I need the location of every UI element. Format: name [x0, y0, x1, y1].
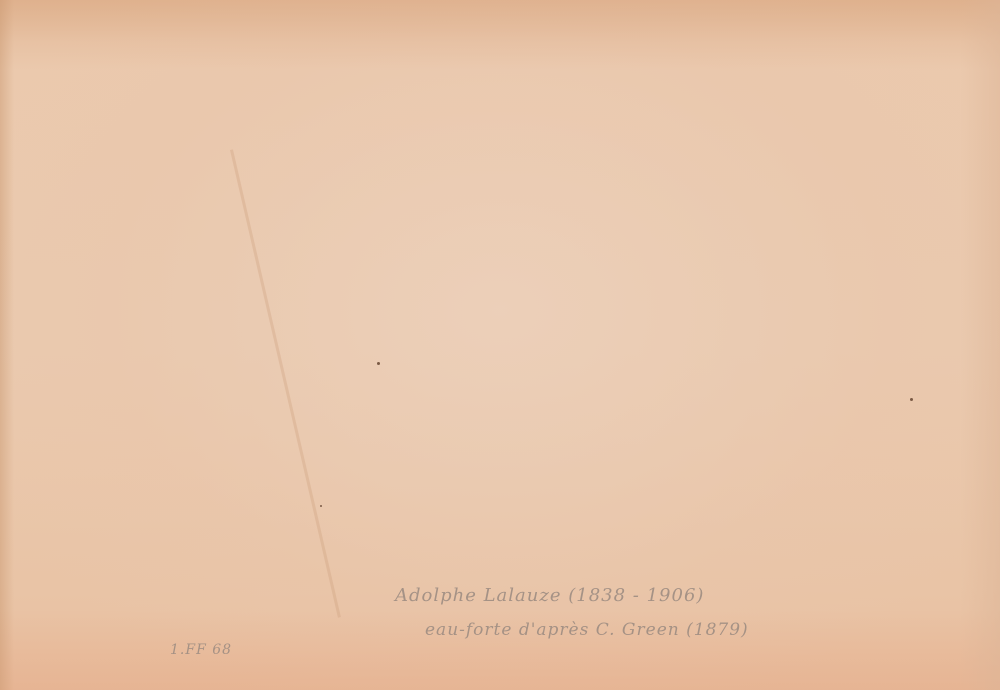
- paper-sheet: Adolphe Lalauze (1838 - 1906) eau-forte …: [0, 0, 1000, 690]
- paper-crease: [230, 149, 341, 617]
- paper-speck: [910, 398, 913, 401]
- paper-speck: [377, 362, 380, 365]
- paper-speck: [320, 505, 322, 507]
- left-edge: [0, 0, 14, 690]
- right-edge: [960, 0, 1000, 690]
- inventory-mark: 1.FF 68: [170, 642, 232, 658]
- top-stain: [0, 0, 1000, 70]
- artist-inscription: Adolphe Lalauze (1838 - 1906): [395, 585, 704, 606]
- technique-inscription: eau-forte d'après C. Green (1879): [425, 620, 749, 640]
